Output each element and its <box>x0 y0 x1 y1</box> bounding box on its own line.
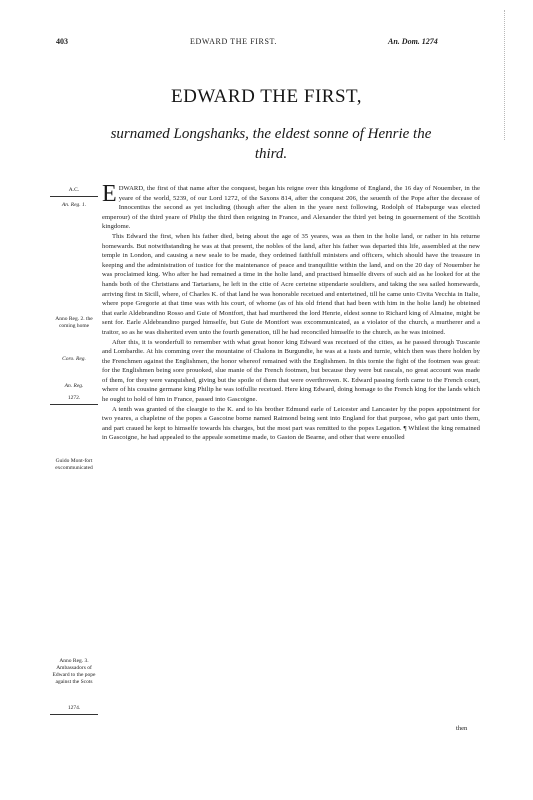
margin-note: 1274. <box>50 705 98 715</box>
running-head-title: EDWARD THE FIRST. <box>190 37 277 46</box>
body-text: EDWARD, the first of that name after the… <box>102 184 480 443</box>
running-head: 403 EDWARD THE FIRST. An. Dom. 1274 <box>56 37 456 51</box>
paragraph: After this, it is wonderfull to remember… <box>102 338 480 405</box>
page-number: 403 <box>56 37 68 46</box>
catchword: then <box>456 725 467 732</box>
running-head-year: An. Dom. 1274 <box>388 37 438 46</box>
paragraph: EDWARD, the first of that name after the… <box>102 184 480 232</box>
margin-note: Coro. Reg. <box>50 356 98 363</box>
margin-note: Anno Reg. 3. Ambassadors of Edward to th… <box>50 658 98 686</box>
margin-note: Anno Reg. 2. the coming home <box>50 316 98 330</box>
margin-note: A.C. <box>50 187 98 197</box>
drop-cap: E <box>102 185 117 204</box>
margin-note: An. Reg. <box>50 383 98 390</box>
scan-artifact-line <box>504 10 505 140</box>
chapter-title: EDWARD THE FIRST, <box>0 86 533 108</box>
paragraph: This Edward the first, when his father d… <box>102 232 480 338</box>
margin-note: Guido Mont-fort excommunicated <box>50 458 98 472</box>
paragraph: A tenth was granted of the cleargie to t… <box>102 405 480 443</box>
document-page: 403 EDWARD THE FIRST. An. Dom. 1274 EDWA… <box>0 0 533 800</box>
chapter-subtitle: surnamed Longshanks, the eldest sonne of… <box>96 124 446 164</box>
margin-note: An. Reg. 1. <box>50 202 98 209</box>
margin-note: 1272. <box>50 395 98 405</box>
